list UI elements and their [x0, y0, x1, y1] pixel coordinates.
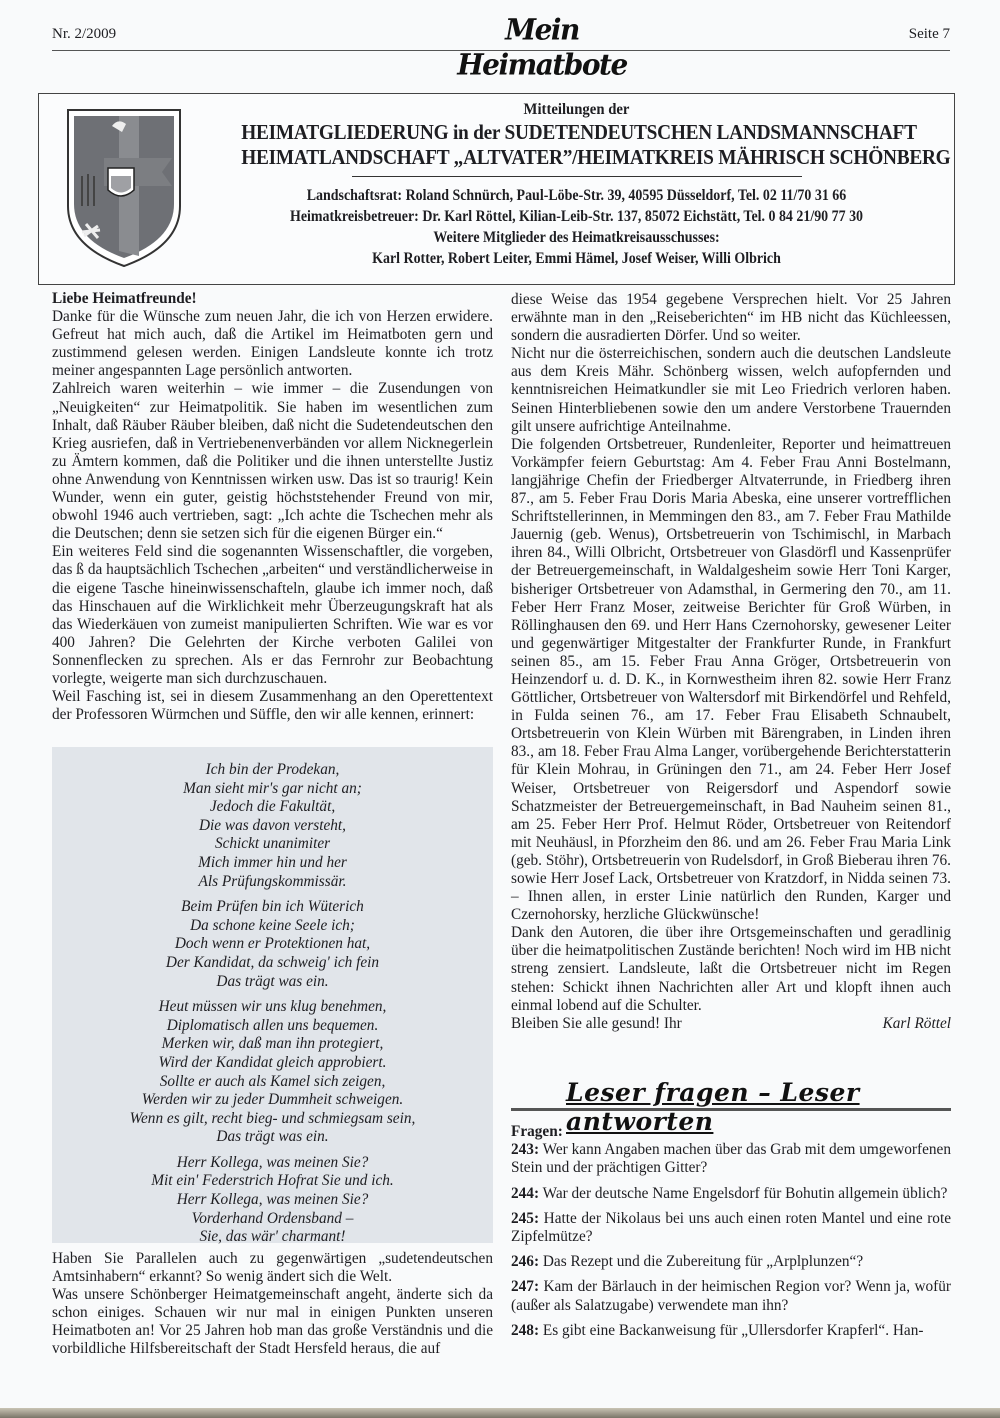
question-number: 244:: [511, 1185, 539, 1202]
poem-line: Mit ein' Federstrich Hofrat Sie und ich.: [52, 1172, 493, 1191]
poem-line: Herr Kollega, was meinen Sie?: [52, 1191, 493, 1210]
members-list: Karl Rotter, Robert Leiter, Emmi Hämel, …: [241, 248, 912, 269]
page-number: Seite 7: [909, 26, 950, 43]
poem-stanza: Herr Kollega, was meinen Sie? Mit ein' F…: [52, 1154, 493, 1247]
poem-line: Beim Prüfen bin ich Wüterich: [52, 898, 493, 917]
paragraph: Die folgenden Ortsbetreuer, Rundenleiter…: [511, 436, 951, 925]
question-text: War der deutsche Name Engelsdorf für Boh…: [543, 1185, 948, 1202]
poem-line: Ich bin der Prodekan,: [52, 761, 493, 780]
poem-line: Als Prüfungskommissär.: [52, 873, 493, 892]
poem-line: Sollte er auch als Kamel sich zeigen,: [52, 1073, 493, 1092]
paragraph: Dank den Autoren, die über ihre Ortsgeme…: [511, 924, 951, 1014]
poem-line: Werden wir zu jeder Dummheit schweigen.: [52, 1091, 493, 1110]
paragraph: diese Weise das 1954 gegebene Verspreche…: [511, 291, 951, 345]
poem-line: Vorderhand Ordensband –: [52, 1210, 493, 1229]
poem-line: Mich immer hin und her: [52, 854, 493, 873]
question-item: 248: Es gibt eine Backanweisung für „Ull…: [511, 1322, 951, 1340]
letter-left-column-continued: Haben Sie Parallelen auch zu gegenwärtig…: [52, 1250, 493, 1359]
question-text: Hatte der Nikolaus bei uns auch einen ro…: [511, 1210, 951, 1245]
reader-questions: Fragen: 243: Wer kann Angaben machen übe…: [511, 1123, 951, 1347]
poem-line: Der Kandidat, da schweig' ich fein: [52, 954, 493, 973]
question-text: Es gibt eine Backanweisung für „Ullersdo…: [543, 1322, 924, 1339]
question-item: 243: Wer kann Angaben machen über das Gr…: [511, 1141, 951, 1177]
poem-line: Man sieht mir's gar nicht an;: [52, 780, 493, 799]
organization-info-box: Mitteilungen der HEIMATGLIEDERUNG in der…: [38, 93, 955, 285]
question-number: 245:: [511, 1210, 539, 1227]
members-label: Weitere Mitglieder des Heimatkreisaussch…: [241, 227, 912, 248]
paragraph: Haben Sie Parallelen auch zu gegenwärtig…: [52, 1250, 493, 1286]
question-item: 247: Kam der Bärlauch in der heimischen …: [511, 1278, 951, 1314]
poem-line: Diplomatisch allen uns bequemen.: [52, 1017, 493, 1036]
poem-line: Das trägt was ein.: [52, 1128, 493, 1147]
question-item: 244: War der deutsche Name Engelsdorf fü…: [511, 1185, 951, 1203]
question-text: Kam der Bärlauch in der heimischen Regio…: [511, 1278, 951, 1313]
paragraph: Zahlreich waren weiterhin – wie immer – …: [52, 380, 493, 543]
poem-line: Sie, das wär' charmant!: [52, 1228, 493, 1247]
poem-line: Die was davon versteht,: [52, 817, 493, 836]
page-header: Nr. 2/2009 Mein Heimatbote Seite 7: [52, 14, 950, 51]
paragraph: Was unsere Schönberger Heimatgemeinschaf…: [52, 1286, 493, 1358]
poem-line: Merken wir, daß man ihn protegiert,: [52, 1035, 493, 1054]
letter-left-column: Liebe Heimatfreunde! Danke für die Wünsc…: [52, 290, 493, 724]
coat-of-arms-icon: [64, 106, 184, 270]
letter-right-column: diese Weise das 1954 gegebene Verspreche…: [511, 291, 951, 1033]
question-number: 247:: [511, 1278, 539, 1295]
paragraph: Nicht nur die österreichischen, sondern …: [511, 345, 951, 435]
question-text: Das Rezept und die Zubereitung für „Arpl…: [543, 1253, 863, 1270]
page-bottom-edge: [0, 1408, 1000, 1418]
poem-stanza: Ich bin der Prodekan, Man sieht mir's ga…: [52, 761, 493, 891]
poem-stanza: Heut müssen wir uns klug benehmen, Diplo…: [52, 998, 493, 1147]
contact-landschaftsrat: Landschaftsrat: Roland Schnürch, Paul-Lö…: [241, 185, 912, 206]
reader-qa-heading: Leser fragen – Leser antworten: [511, 1078, 951, 1111]
poem-line: Heut müssen wir uns klug benehmen,: [52, 998, 493, 1017]
contact-heimatkreisbetreuer: Heimatkreisbetreuer: Dr. Karl Röttel, Ki…: [241, 206, 912, 227]
question-number: 248:: [511, 1322, 539, 1339]
question-text: Wer kann Angaben machen über das Grab mi…: [511, 1141, 951, 1176]
poem-stanza: Beim Prüfen bin ich Wüterich Da schone k…: [52, 898, 493, 991]
question-number: 246:: [511, 1253, 539, 1270]
letter-salutation: Liebe Heimatfreunde!: [52, 290, 493, 308]
question-number: 243:: [511, 1141, 539, 1158]
poem-line: Jedoch die Fakultät,: [52, 798, 493, 817]
signature: Karl Röttel: [883, 1015, 951, 1033]
closing-text: Bleiben Sie alle gesund! Ihr: [511, 1015, 682, 1033]
paragraph: Weil Fasching ist, sei in diesem Zusamme…: [52, 688, 493, 724]
infobox-intro: Mitteilungen der: [234, 100, 919, 120]
poem-line: Herr Kollega, was meinen Sie?: [52, 1154, 493, 1173]
divider: [352, 176, 802, 177]
poem-line: Wird der Kandidat gleich approbiert.: [52, 1054, 493, 1073]
masthead-logo: Mein Heimatbote: [432, 12, 652, 81]
poem-line: Da schone keine Seele ich;: [52, 917, 493, 936]
poem-line: Wenn es gilt, recht bieg- und schmiegsam…: [52, 1110, 493, 1129]
letter-closing: Bleiben Sie alle gesund! Ihr Karl Röttel: [511, 1015, 951, 1033]
poem-line: Doch wenn er Protektionen hat,: [52, 935, 493, 954]
questions-label: Fragen:: [511, 1123, 951, 1141]
paragraph: Ein weiteres Feld sind die sogenannten W…: [52, 543, 493, 688]
infobox-title-line1: HEIMATGLIEDERUNG in der SUDETENDEUTSCHEN…: [241, 120, 912, 145]
question-item: 246: Das Rezept und die Zubereitung für …: [511, 1253, 951, 1271]
issue-number: Nr. 2/2009: [52, 26, 116, 43]
question-item: 245: Hatte der Nikolaus bei uns auch ein…: [511, 1210, 951, 1246]
infobox-title-line2: HEIMATLANDSCHAFT „ALTVATER”/HEIMATKREIS …: [241, 145, 912, 170]
poem-line: Schickt unanimiter: [52, 835, 493, 854]
poem-line: Das trägt was ein.: [52, 973, 493, 992]
paragraph: Danke für die Wünsche zum neuen Jahr, di…: [52, 308, 493, 380]
poem-box: Ich bin der Prodekan, Man sieht mir's ga…: [52, 747, 493, 1243]
